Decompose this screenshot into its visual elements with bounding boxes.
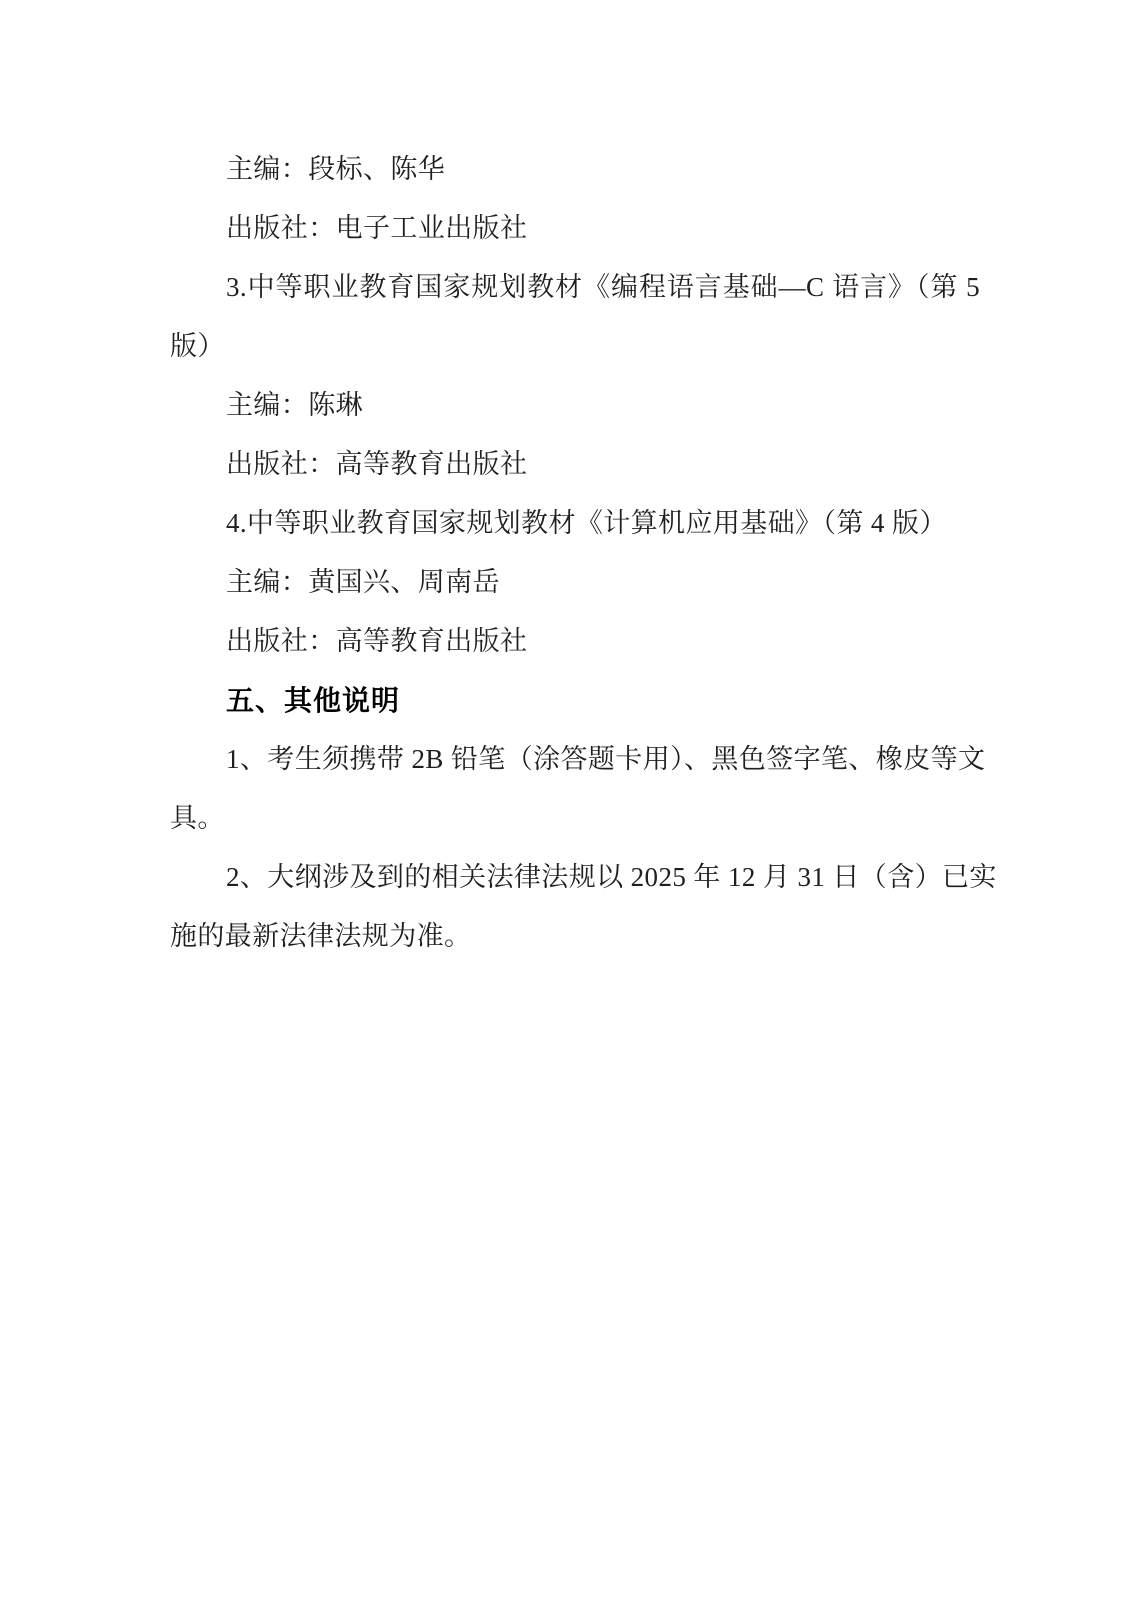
text-line-textbook-4: 4.中等职业教育国家规划教材《计算机应用基础》（第 4 版） bbox=[170, 494, 980, 553]
text-line-textbook-3: 3.中等职业教育国家规划教材《编程语言基础—C 语言》（第 5 bbox=[170, 258, 980, 317]
text-line-note-2-cont: 施的最新法律法规为准。 bbox=[170, 907, 980, 966]
text-line-publisher-3: 出版社：高等教育出版社 bbox=[170, 612, 980, 671]
text-line-note-1-cont: 具。 bbox=[170, 789, 980, 848]
text-line-publisher-1: 出版社：电子工业出版社 bbox=[170, 199, 980, 258]
text-line-textbook-3-cont: 版） bbox=[170, 317, 980, 376]
text-line-note-1: 1、考生须携带 2B 铅笔（涂答题卡用）、黑色签字笔、橡皮等文 bbox=[170, 730, 980, 789]
text-line-note-2: 2、大纲涉及到的相关法律法规以 2025 年 12 月 31 日（含）已实 bbox=[170, 848, 980, 907]
text-line-editor-2: 主编：陈琳 bbox=[170, 376, 980, 435]
document-body: 主编：段标、陈华 出版社：电子工业出版社 3.中等职业教育国家规划教材《编程语言… bbox=[170, 140, 980, 966]
section-heading-other-notes: 五、其他说明 bbox=[170, 671, 980, 730]
document-page: 主编：段标、陈华 出版社：电子工业出版社 3.中等职业教育国家规划教材《编程语言… bbox=[0, 0, 1131, 1600]
text-line-publisher-2: 出版社：高等教育出版社 bbox=[170, 435, 980, 494]
text-line-editor-3: 主编：黄国兴、周南岳 bbox=[170, 553, 980, 612]
text-line-editor-1: 主编：段标、陈华 bbox=[170, 140, 980, 199]
